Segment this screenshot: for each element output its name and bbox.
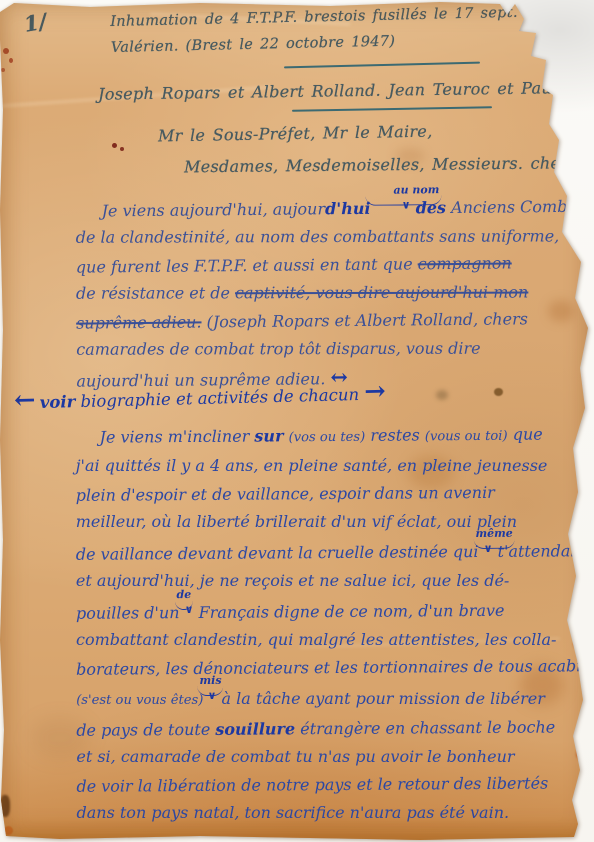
struck-text: suprême adieu. xyxy=(76,312,202,332)
handwritten-text: de la clandestinité, au nom des combatta… xyxy=(76,226,560,246)
paragraph-main: Je viens m'incliner sur (vos ou tes) res… xyxy=(75,421,593,827)
handwritten-text: voir xyxy=(40,392,76,412)
handwritten-text: que xyxy=(508,425,543,444)
manuscript-line: dans ton pays natal, ton sacrifice n'aur… xyxy=(76,799,593,827)
inserted-word: ∨mis xyxy=(208,682,217,713)
paper-wrapper: 1/ Inhumation de 4 F.T.P.F. brestois fus… xyxy=(0,0,594,842)
salutation-line-1: Mr le Sous-Préfet, Mr le Maire, xyxy=(158,116,433,152)
paper-sheet: 1/ Inhumation de 4 F.T.P.F. brestois fus… xyxy=(0,0,594,842)
biography-note: ← voir biographie et activités de chacun… xyxy=(14,378,385,417)
ink-dot xyxy=(120,147,124,151)
names-underline xyxy=(292,106,492,111)
manuscript-line: de vaillance devant devant la cruelle de… xyxy=(76,534,593,569)
manuscript-line: et si, camarade de combat tu n'as pu avo… xyxy=(76,743,593,771)
names-title: Joseph Ropars et Albert Rolland. Jean Te… xyxy=(98,77,594,103)
handwritten-text: camarades de combat trop tôt disparus, v… xyxy=(76,339,480,359)
handwritten-text: que furent les F.T.P.F. et aussi en tant… xyxy=(76,254,418,276)
handwritten-text: meilleur, où la liberté brillerait d'un … xyxy=(76,512,517,531)
handwritten-text: (vos ou tes) xyxy=(289,430,366,446)
ink-dot xyxy=(112,143,117,148)
handwritten-text: plein d'espoir et de vaillance, espoir d… xyxy=(76,483,495,505)
handwritten-text: de voir la libération de notre pays et l… xyxy=(76,774,548,796)
arrow-mark: → xyxy=(364,376,385,407)
struck-text: compagnon xyxy=(418,253,512,273)
handwritten-text: borateurs, les dénonciateurs et les tort… xyxy=(76,656,593,679)
paragraph-opening: Je viens aujourd'hui, aujourd'hui ∨au no… xyxy=(75,191,594,395)
scan-background: 1/ Inhumation de 4 F.T.P.F. brestois fus… xyxy=(0,0,594,842)
handwritten-text: dans ton pays natal, ton sacrifice n'aur… xyxy=(76,803,509,822)
document-header: Inhumation de 4 F.T.P.F. brestois fusill… xyxy=(110,0,594,61)
handwritten-text: j'ai quittés il y a 4 ans, en pleine san… xyxy=(76,456,548,475)
red-speck xyxy=(9,58,13,63)
manuscript-line: et aujourd'hui, je ne reçois et ne salue… xyxy=(76,567,593,595)
stain xyxy=(4,826,13,835)
manuscript-line: de résistance et de captivité, vous dire… xyxy=(76,278,594,307)
handwritten-text: d'hui xyxy=(325,199,371,218)
handwritten-text: (s'est ou vous êtes) xyxy=(76,693,207,708)
manuscript-line: suprême adieu. (Joseph Ropars et Albert … xyxy=(76,304,594,337)
handwritten-text: de vaillance devant devant la cruelle de… xyxy=(76,542,484,564)
rust-spot xyxy=(573,640,581,648)
stain xyxy=(0,795,10,817)
manuscript-line: (s'est ou vous êtes) ∨mis à la tâche aya… xyxy=(76,682,593,715)
handwritten-text: étrangère en chassant le boche xyxy=(295,717,555,738)
manuscript-line: plein d'espoir et de vaillance, espoir d… xyxy=(76,478,593,510)
handwritten-text: biographie et activités de chacun xyxy=(75,385,365,411)
handwritten-text: Français digne de ce nom, d'un brave xyxy=(193,601,504,622)
handwritten-text: Je viens aujourd'hui, aujour xyxy=(101,199,325,220)
red-speck xyxy=(3,48,9,54)
handwritten-text: restes xyxy=(365,425,425,444)
manuscript-line: combattant clandestin, qui malgré les at… xyxy=(76,626,593,654)
handwritten-text: de pays de toute xyxy=(76,720,215,740)
manuscript-line: ← voir biographie et activités de chacun… xyxy=(14,377,385,417)
inserted-word: ∨même xyxy=(483,535,492,566)
handwritten-text: Je viens m'incliner xyxy=(99,427,254,447)
header-underline xyxy=(284,62,480,69)
handwritten-text: Anciens Combattants xyxy=(446,196,594,217)
handwritten-text: et si, camarade de combat tu n'as pu avo… xyxy=(76,747,514,766)
manuscript-line: que furent les F.T.P.F. et aussi en tant… xyxy=(76,248,594,281)
handwritten-text: sur xyxy=(254,426,283,445)
handwritten-text: à la tâche ayant pour mission de libérer xyxy=(216,689,544,708)
manuscript-line: de voir la libération de notre pays et l… xyxy=(76,769,593,801)
handwritten-text: combattant clandestin, qui malgré les at… xyxy=(76,630,556,649)
page-number: 1/ xyxy=(22,8,49,37)
red-speck xyxy=(1,68,5,72)
manuscript-line: Je viens m'incliner sur (vos ou tes) res… xyxy=(75,420,592,454)
arrow-mark: ← xyxy=(14,385,35,416)
handwritten-text: (Joseph Ropars et Albert Rolland, chers xyxy=(201,309,528,331)
manuscript-line: de la clandestinité, au nom des combatta… xyxy=(76,222,594,251)
handwritten-text: et aujourd'hui, je ne reçois et ne salue… xyxy=(76,571,509,590)
handwritten-text: souillure xyxy=(215,719,295,739)
manuscript-line: j'ai quittés il y a 4 ans, en pleine san… xyxy=(76,452,593,480)
manuscript-line: meilleur, où la liberté brillerait d'un … xyxy=(76,508,593,536)
handwritten-text: pouilles d'un xyxy=(76,603,185,623)
manuscript-line: Je viens aujourd'hui, aujourd'hui ∨au no… xyxy=(75,189,594,225)
struck-text: captivité, vous dire aujourd'hui mon xyxy=(235,283,528,303)
inserted-word: ∨au nom xyxy=(375,191,410,222)
manuscript-line: pouilles d'un ∨de Français digne de ce n… xyxy=(76,593,593,628)
handwritten-text: de résistance et de xyxy=(76,283,235,302)
manuscript-line: de pays de toute souillure étrangère en … xyxy=(76,713,593,745)
inserted-word: ∨de xyxy=(184,596,193,627)
handwritten-text: (vous ou toi) xyxy=(425,429,508,445)
manuscript-line: camarades de combat trop tôt disparus, v… xyxy=(76,334,594,363)
manuscript-line: borateurs, les dénonciateurs et les tort… xyxy=(76,652,593,684)
